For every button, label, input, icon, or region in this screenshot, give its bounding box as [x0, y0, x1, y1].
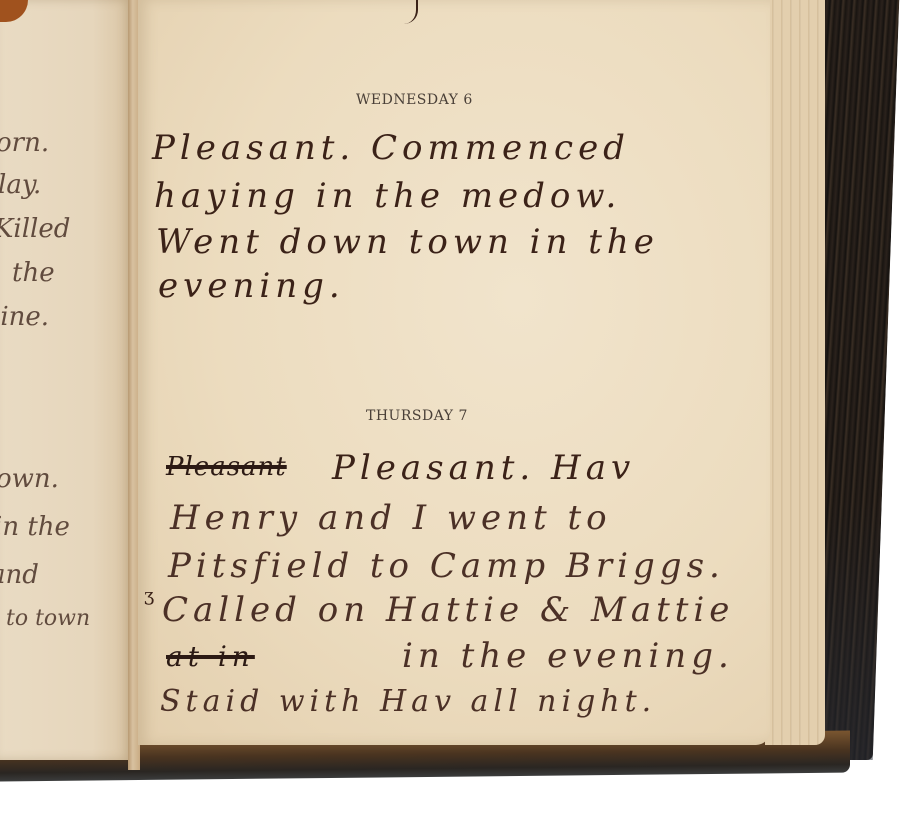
diary-photo: orn. lay. Killed the line. own. in the a… — [0, 0, 912, 830]
heading-wednesday: WEDNESDAY 6 — [356, 92, 473, 108]
right-page — [138, 0, 770, 745]
entry-line: Went down town in the — [156, 222, 659, 262]
page-stack-edges — [765, 0, 825, 745]
entry-line: Called on Hattie & Mattie — [162, 590, 734, 630]
entry-line: haying in the medow. — [154, 176, 621, 216]
left-line: in the — [0, 512, 70, 542]
entry-line: Henry and I went to — [170, 498, 612, 538]
entry-line: in the evening. — [402, 636, 734, 676]
entry-line: evening. — [158, 266, 345, 306]
page-corner-shadow — [0, 0, 28, 22]
entry-line: Staid with Hav all night. — [160, 684, 656, 719]
left-line: the — [12, 258, 55, 288]
struck-words: at in — [166, 640, 255, 673]
left-line: own. — [0, 464, 59, 494]
left-line: line. — [0, 302, 49, 332]
struck-word: Pleasant — [166, 452, 287, 482]
left-line: orn. — [0, 128, 49, 158]
left-line: to town — [6, 606, 90, 631]
left-line: Killed — [0, 214, 70, 244]
left-line: and — [0, 560, 39, 590]
margin-ink-mark: ʒ — [144, 585, 154, 606]
left-line: lay. — [0, 170, 41, 200]
heading-thursday: THURSDAY 7 — [366, 408, 468, 424]
left-page: orn. lay. Killed the line. own. in the a… — [0, 0, 132, 760]
entry-line: Pleasant. Commenced — [152, 128, 630, 168]
entry-line: Pleasant. Hav — [332, 448, 635, 488]
entry-line: Pitsfield to Camp Briggs. — [168, 546, 725, 586]
